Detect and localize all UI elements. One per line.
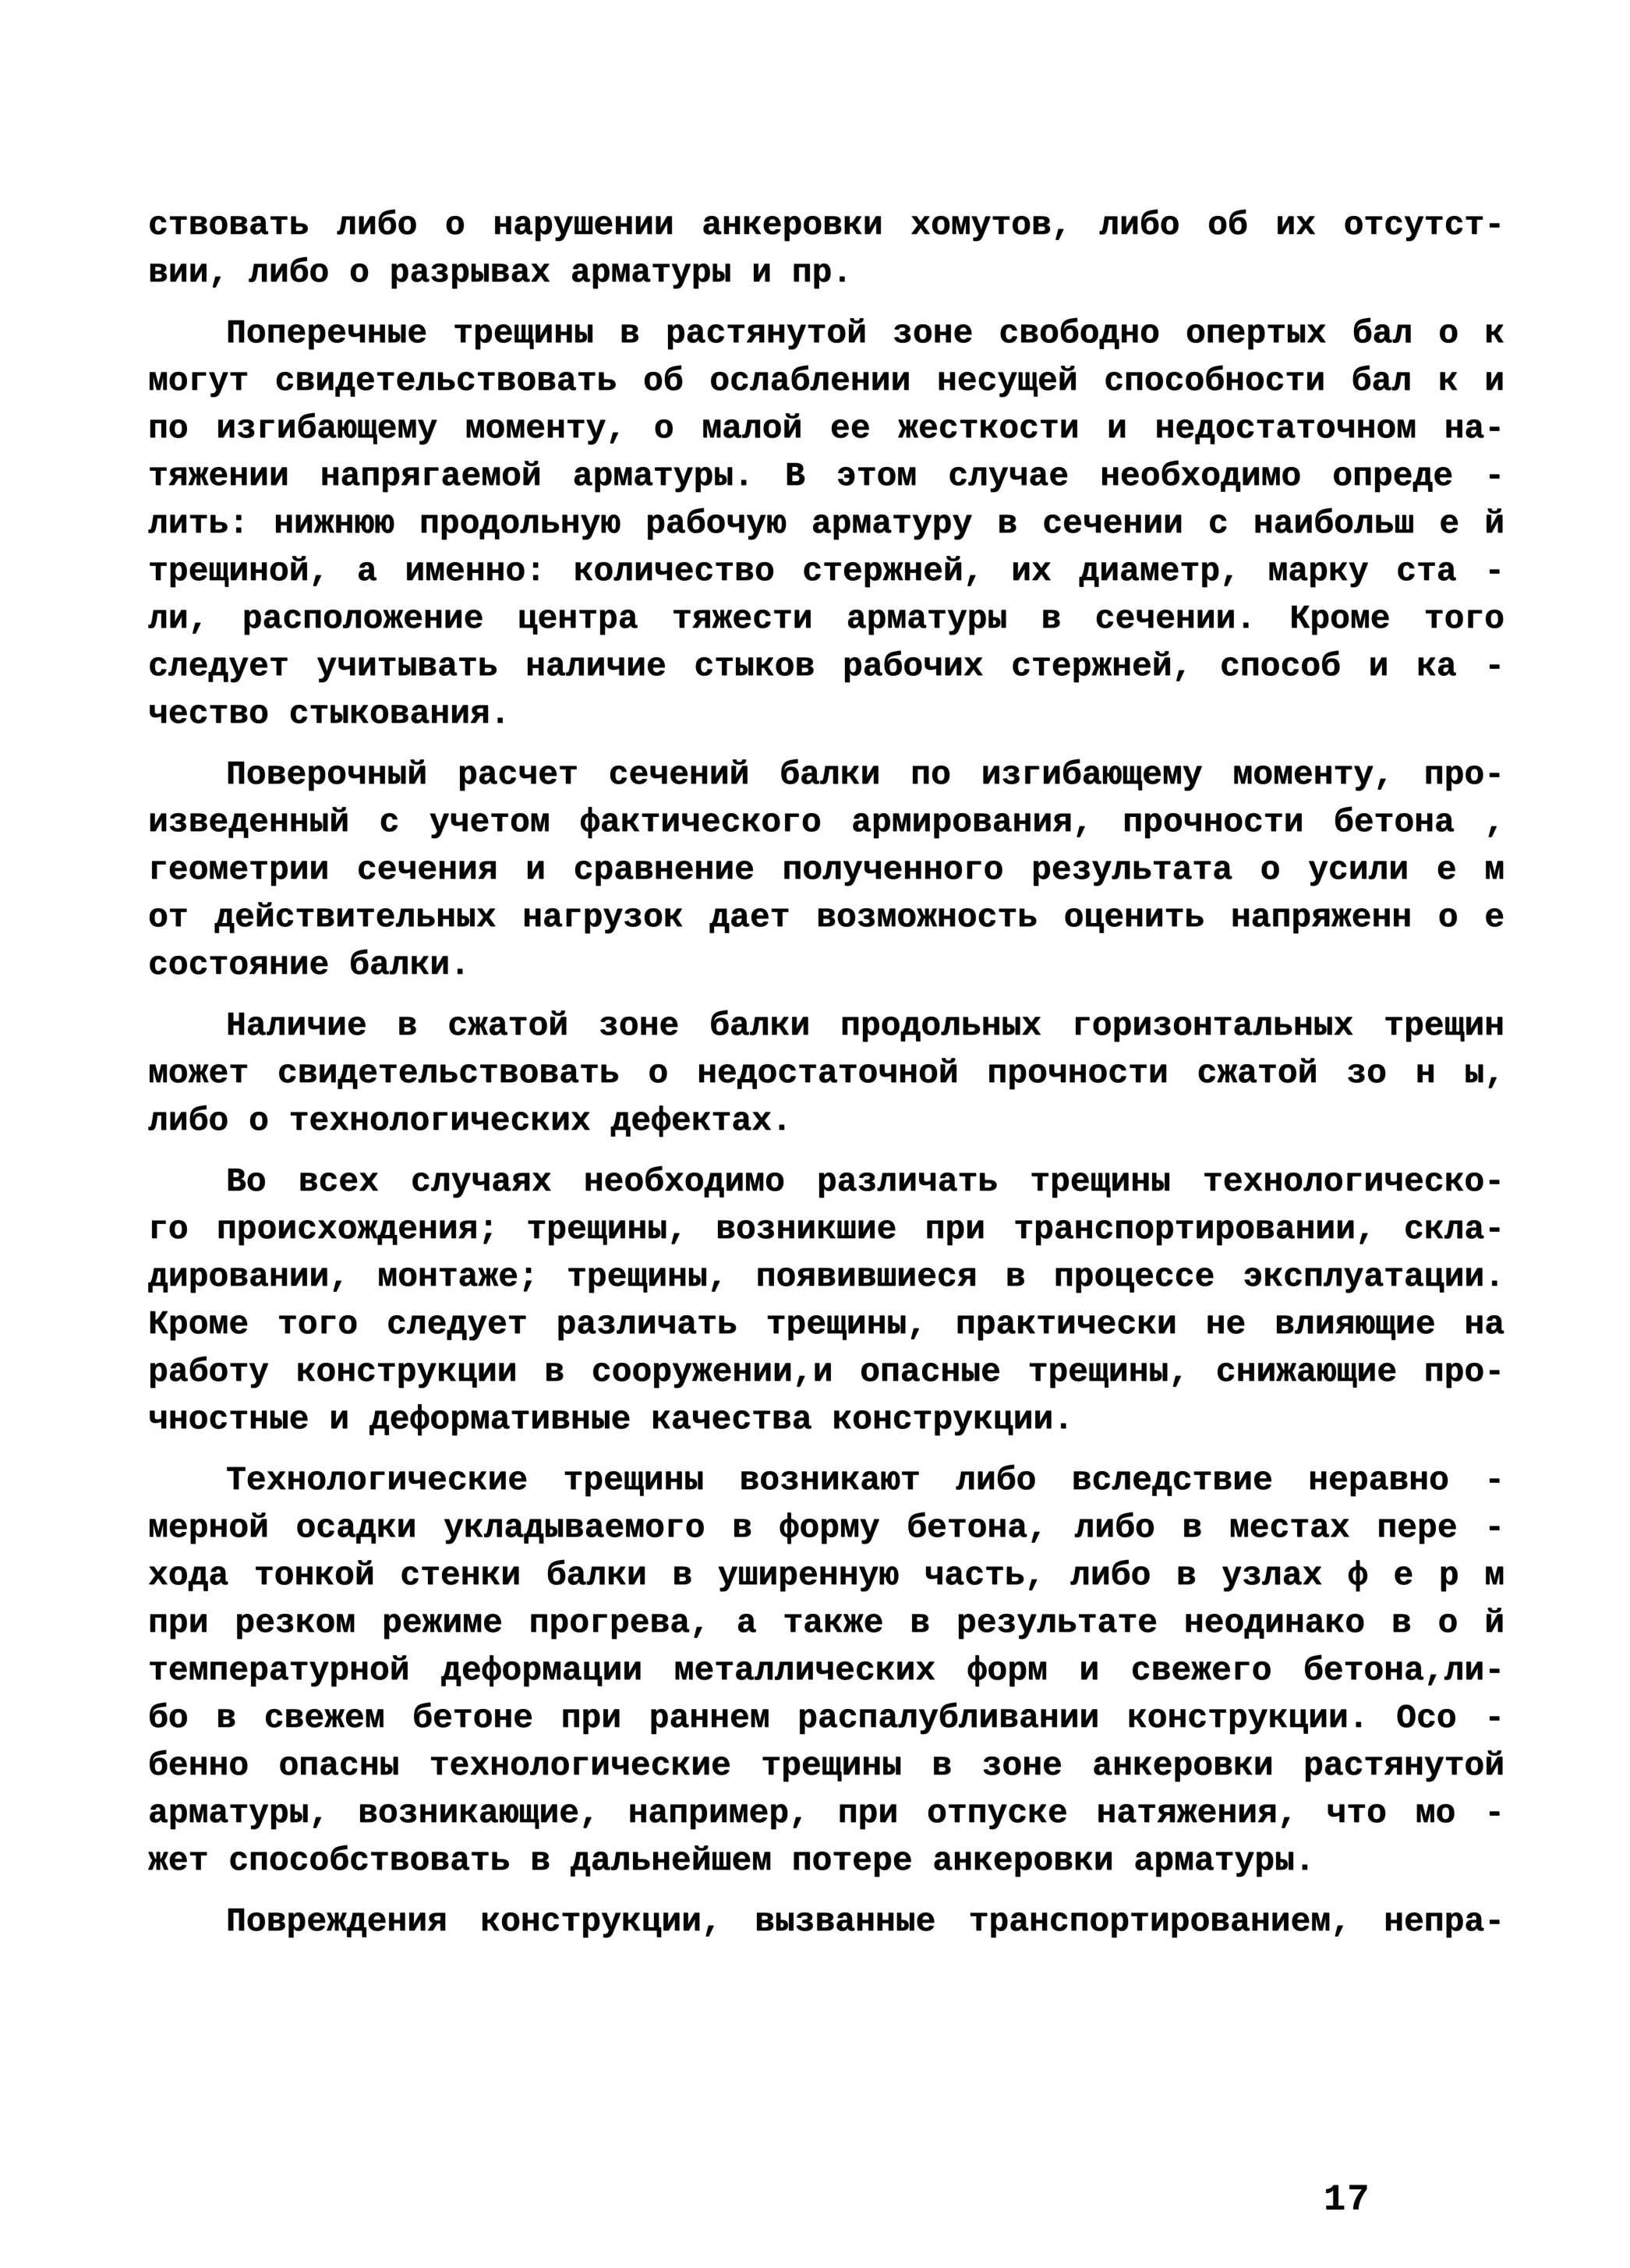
text-line: Повреждения конструкции, вызванные транс… [148, 1898, 1504, 1945]
text-line: по изгибающему моменту, о малой ее жестк… [148, 405, 1504, 452]
text-line: могут свидетельствовать об ослаблении не… [148, 357, 1504, 405]
text-line: арматуры, возникающие, например, при отп… [148, 1789, 1504, 1837]
text-line: Наличие в сжатой зоне балки продольных г… [148, 1002, 1504, 1049]
text-line: жет способствовать в дальнейшем потере а… [148, 1837, 1504, 1884]
text-line: бо в свежем бетоне при раннем распалубли… [148, 1694, 1504, 1742]
text-line: дировании, монтаже; трещины, появившиеся… [148, 1253, 1504, 1300]
text-line: ли, расположение центра тяжести арматуры… [148, 595, 1504, 642]
text-line: Технологические трещины возникают либо в… [148, 1456, 1504, 1504]
text-line: при резком режиме прогрева, а также в ре… [148, 1599, 1504, 1647]
paragraph: Во всех случаях необходимо различать тре… [148, 1158, 1504, 1443]
paragraph: Наличие в сжатой зоне балки продольных г… [148, 1002, 1504, 1145]
text-line: Кроме того следует различать трещины, пр… [148, 1300, 1504, 1348]
text-line: лить: нижнюю продольную рабочую арматуру… [148, 500, 1504, 547]
text-line: работу конструкции в сооружении,и опасны… [148, 1348, 1504, 1396]
text-line: тяжении напрягаемой арматуры. В этом слу… [148, 452, 1504, 500]
text-line: вии, либо о разрывах арматуры и пр. [148, 249, 1504, 296]
paragraph: Повреждения конструкции, вызванные транс… [148, 1898, 1504, 1945]
paragraph: ствовать либо о нарушении анкеровки хому… [148, 201, 1504, 296]
text-line: мерной осадки укладываемого в форму бето… [148, 1504, 1504, 1552]
text-line: либо о технологических дефектах. [148, 1097, 1504, 1145]
paragraph: Поверочный расчет сечений балки по изгиб… [148, 751, 1504, 989]
text-line: Во всех случаях необходимо различать тре… [148, 1158, 1504, 1205]
text-line: Поперечные трещины в растянутой зоне сво… [148, 310, 1504, 357]
paragraph: Поперечные трещины в растянутой зоне сво… [148, 310, 1504, 738]
page-number: 17 [1324, 2180, 1370, 2221]
text-line: чностные и деформативные качества констр… [148, 1396, 1504, 1443]
text-line: температурной деформации металлических ф… [148, 1647, 1504, 1694]
text-line: геометрии сечения и сравнение полученног… [148, 846, 1504, 893]
text-line: ствовать либо о нарушении анкеровки хому… [148, 201, 1504, 249]
text-line: следует учитывать наличие стыков рабочих… [148, 642, 1504, 690]
text-line: чество стыкования. [148, 690, 1504, 738]
scanned-page: ствовать либо о нарушении анкеровки хому… [0, 0, 1630, 2268]
text-line: трещиной, а именно: количество стержней,… [148, 547, 1504, 595]
text-line: Поверочный расчет сечений балки по изгиб… [148, 751, 1504, 798]
paragraph: Технологические трещины возникают либо в… [148, 1456, 1504, 1884]
text-line: может свидетельствовать о недостаточной … [148, 1049, 1504, 1097]
text-line: хода тонкой стенки балки в уширенную час… [148, 1552, 1504, 1599]
text-line: го происхождения; трещины, возникшие при… [148, 1205, 1504, 1253]
text-line: состояние балки. [148, 941, 1504, 989]
text-line: изведенный с учетом фактического армиров… [148, 798, 1504, 846]
text-line: бенно опасны технологические трещины в з… [148, 1742, 1504, 1789]
text-line: от действительных нагрузок дает возможно… [148, 893, 1504, 941]
document-text: ствовать либо о нарушении анкеровки хому… [148, 201, 1504, 1945]
